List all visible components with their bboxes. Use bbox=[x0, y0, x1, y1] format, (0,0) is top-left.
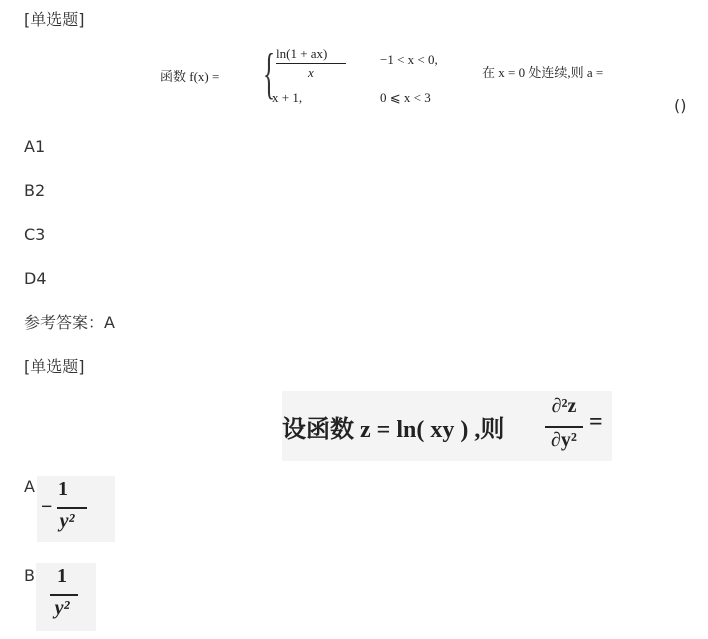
case2-condition: 0 ⩽ x < 3 bbox=[380, 90, 431, 106]
question-1-type-label: [单选题] bbox=[24, 10, 85, 30]
fraction-bar bbox=[545, 426, 583, 428]
equals-sign: = bbox=[589, 409, 603, 436]
option-c[interactable]: C3 bbox=[24, 225, 45, 245]
option-a-numerator: 1 bbox=[43, 478, 83, 501]
question-2-stem-image: 设函数 z = ln( xy ) ,则 ∂²z ∂y² = bbox=[282, 391, 612, 461]
derivative-numerator: ∂²z bbox=[544, 395, 584, 418]
case1-numerator: ln(1 + ax) bbox=[276, 46, 327, 62]
stem-suffix: 在 x = 0 处连续,则 a = bbox=[482, 62, 603, 81]
option-a[interactable]: A1 bbox=[24, 137, 45, 157]
fraction-bar bbox=[57, 507, 87, 509]
option-b-numerator: 1 bbox=[42, 565, 82, 588]
option-d[interactable]: D4 bbox=[24, 269, 47, 289]
question-2-type-label: [单选题] bbox=[24, 357, 85, 377]
case1-condition: −1 < x < 0, bbox=[380, 52, 438, 68]
derivative-denominator: ∂y² bbox=[544, 429, 584, 452]
stem-main: 设函数 z = ln( xy ) ,则 bbox=[282, 409, 504, 444]
option-b-image[interactable]: 1 y² bbox=[36, 563, 96, 631]
case1-denominator: x bbox=[308, 65, 314, 81]
question-1-stem-image: 函数 f(x) = { ln(1 + ax) x x + 1, −1 < x <… bbox=[160, 42, 670, 114]
answer-blank: () bbox=[674, 96, 686, 115]
option-a-denominator: y² bbox=[47, 510, 87, 533]
option-b-denominator: y² bbox=[42, 597, 82, 620]
option-b[interactable]: B2 bbox=[24, 181, 45, 201]
case2-expression: x + 1, bbox=[272, 90, 302, 106]
fraction-bar bbox=[50, 594, 78, 596]
option-a-image[interactable]: − 1 y² bbox=[37, 476, 115, 542]
fraction-bar bbox=[276, 63, 346, 64]
option-a-letter[interactable]: A bbox=[24, 477, 35, 497]
reference-answer: 参考答案：A bbox=[24, 313, 115, 333]
option-b-letter[interactable]: B bbox=[24, 566, 35, 586]
stem-prefix: 函数 f(x) = bbox=[160, 66, 219, 85]
